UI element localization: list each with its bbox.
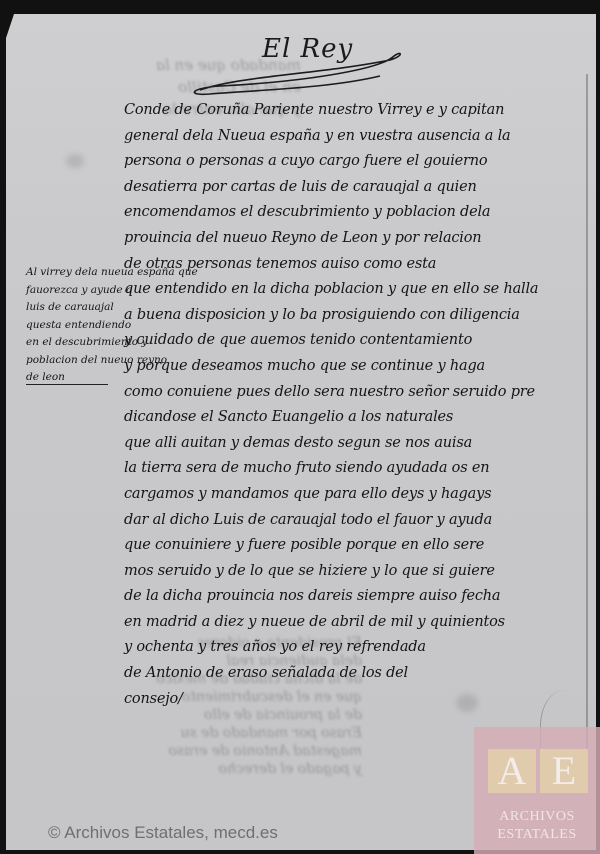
body-line: dicandose el Sancto Euangelio a los natu…	[124, 405, 534, 431]
document-heading: El Rey	[262, 34, 353, 64]
logo-text-line1: ARCHIVOS	[474, 809, 600, 825]
page-edge-shadow	[586, 74, 588, 754]
body-line: cargamos y mandamos que para ello deys y…	[124, 482, 534, 508]
body-line: dar al dicho Luis de carauajal todo el f…	[124, 508, 534, 534]
margin-note-line: poblacion del nueuo reyno	[26, 352, 136, 370]
bleed-line: magestad Antonio de eraso	[156, 742, 362, 760]
body-line: que conuiniere y fuere posible porque en…	[124, 533, 534, 559]
archivos-estatales-logo: A E ARCHIVOS ESTATALES	[474, 727, 600, 854]
body-line: y ochenta y tres años yo el rey refrenda…	[124, 635, 534, 661]
ink-stain	[66, 154, 84, 168]
logo-text-line2: ESTATALES	[474, 827, 600, 843]
body-line: y cuidado de que auemos tenido contentam…	[124, 328, 534, 354]
body-line: de Antonio de eraso señalada de los del	[124, 661, 534, 687]
margin-note-line: questa entendiendo	[26, 317, 136, 335]
logo-letter-e: E	[540, 749, 588, 793]
body-line: que entendido en la dicha poblacion y qu…	[124, 277, 534, 303]
margin-note-line: luis de carauajal	[26, 299, 136, 317]
bleed-line: Eraso por mandado de su	[156, 724, 362, 742]
body-line: persona o personas a cuyo cargo fuere el…	[124, 149, 534, 175]
copyright-notice: © Archivos Estatales, mecd.es	[48, 823, 278, 843]
margin-note-line: Al virrey dela nueua españa que	[26, 264, 136, 282]
body-line: mos seruido y de lo que se hiziere y lo …	[124, 559, 534, 585]
body-line: general dela Nueua españa y en vuestra a…	[124, 124, 534, 150]
margin-note-line: en el descubrimiento y	[26, 334, 136, 352]
body-line: de la dicha prouincia nos dareis siempre…	[124, 584, 534, 610]
document-body: Conde de Coruña Pariente nuestro Virrey …	[124, 98, 534, 712]
body-line: en madrid a diez y nueue de abril de mil…	[124, 610, 534, 636]
logo-letter-a: A	[488, 749, 536, 793]
body-line: desatierra por cartas de luis de carauaj…	[124, 175, 534, 201]
body-line: la tierra sera de mucho fruto siendo ayu…	[124, 456, 534, 482]
body-line: como conuiene pues dello sera nuestro se…	[124, 380, 534, 406]
body-line: que alli auitan y demas desto segun se n…	[124, 431, 534, 457]
body-line: y porque deseamos mucho que se continue …	[124, 354, 534, 380]
bleed-line: y pagado el derecho	[156, 760, 362, 778]
body-line: a buena disposicion y lo ba prosiguiendo…	[124, 303, 534, 329]
margin-note-line: fauorezca y ayude a	[26, 282, 136, 300]
body-line: encomendamos el descubrimiento y poblaci…	[124, 200, 534, 226]
body-line: prouincia del nueuo Reyno de Leon y por …	[124, 226, 534, 252]
margin-note-underline	[26, 384, 108, 385]
body-line: Conde de Coruña Pariente nuestro Virrey …	[124, 98, 534, 124]
body-line: consejo/	[124, 687, 534, 713]
margin-note: Al virrey dela nueua españa que fauorezc…	[26, 264, 136, 387]
